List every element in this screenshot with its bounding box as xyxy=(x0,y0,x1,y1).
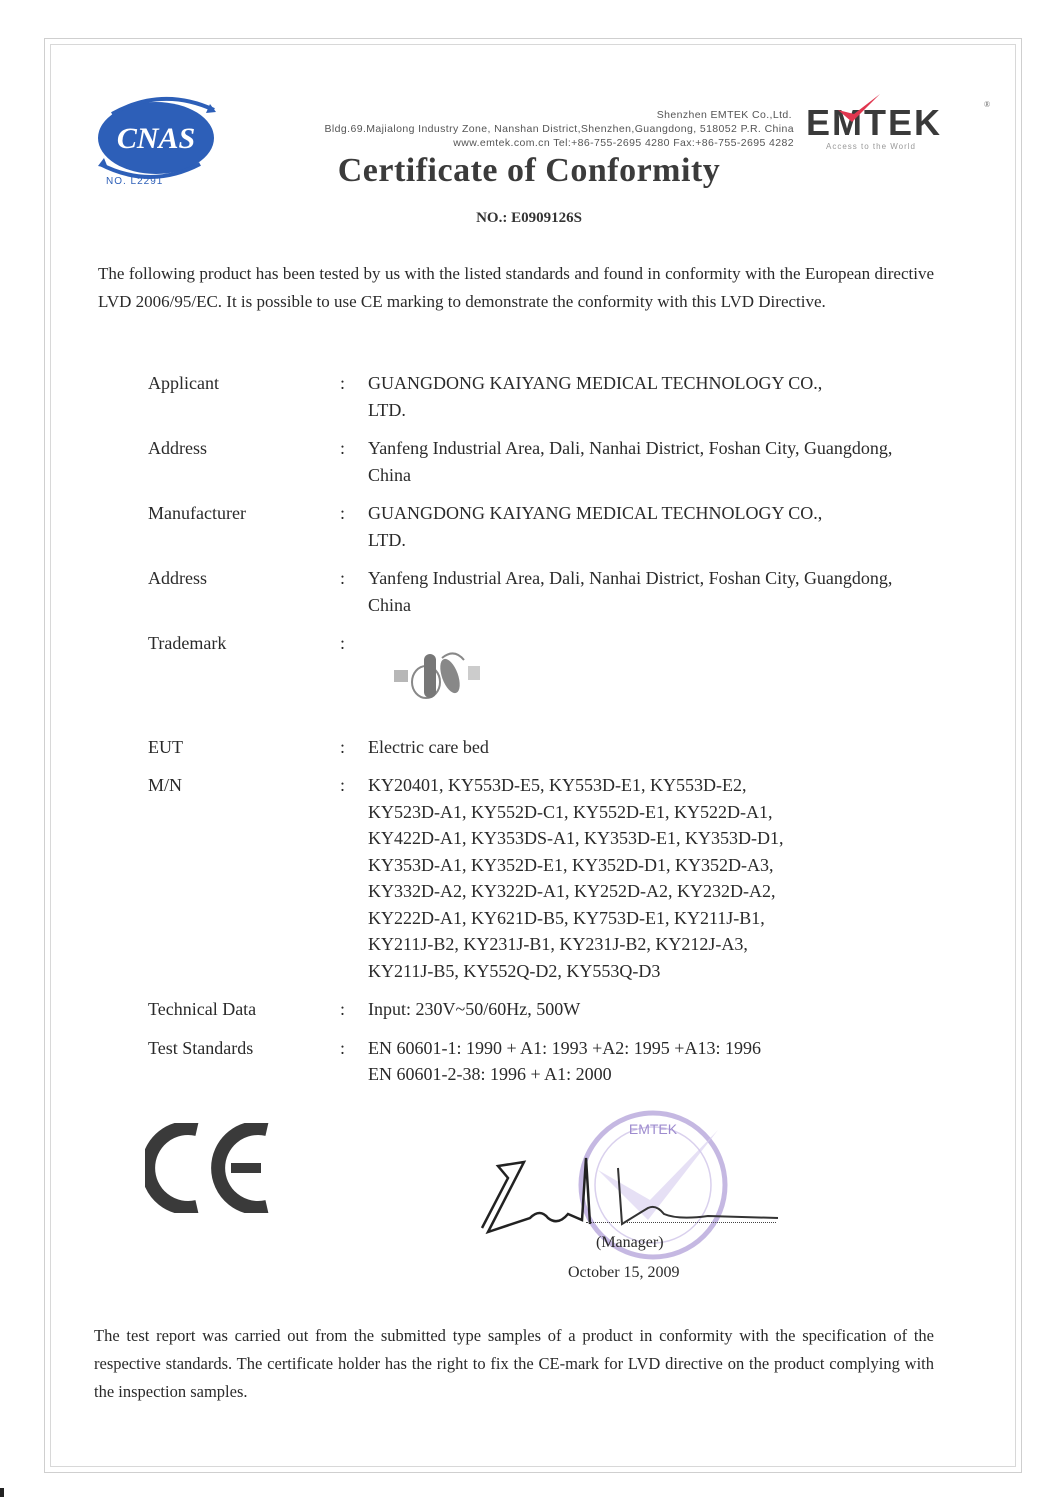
field-label: Trademark xyxy=(148,630,340,712)
model-number-line: KY332D-A2, KY322D-A1, KY252D-A2, KY232D-… xyxy=(368,878,908,905)
checkmark-icon xyxy=(834,92,884,126)
field-colon: : xyxy=(340,435,368,488)
field-value xyxy=(368,630,908,712)
signatory-role: (Manager) xyxy=(596,1234,664,1252)
field-colon: : xyxy=(340,500,368,553)
field-value: Yanfeng Industrial Area, Dali, Nanhai Di… xyxy=(368,435,908,488)
lab-contact: www.emtek.com.cn Tel:+86-755-2695 4280 F… xyxy=(325,136,794,150)
field-colon: : xyxy=(340,772,368,984)
field-label: Applicant xyxy=(148,370,340,423)
field-trademark: Trademark : xyxy=(148,630,908,712)
field-eut: EUT : Electric care bed xyxy=(148,734,908,761)
field-value: Yanfeng Industrial Area, Dali, Nanhai Di… xyxy=(368,565,908,618)
field-label: Technical Data xyxy=(148,996,340,1023)
model-number-line: KY20401, KY553D-E5, KY553D-E1, KY553D-E2… xyxy=(368,772,908,799)
field-label: Address xyxy=(148,435,340,488)
field-technical-data: Technical Data : Input: 230V~50/60Hz, 50… xyxy=(148,996,908,1023)
lab-address-block: Shenzhen EMTEK Co.,Ltd. Bldg.69.Majialon… xyxy=(325,108,794,150)
emtek-logo: EMTEK ® Access to the World xyxy=(806,92,996,158)
field-applicant-address: Address : Yanfeng Industrial Area, Dali,… xyxy=(148,435,908,488)
model-number-line: KY422D-A1, KY353DS-A1, KY353D-E1, KY353D… xyxy=(368,825,908,852)
field-value: Input: 230V~50/60Hz, 500W xyxy=(368,996,908,1023)
model-number-line: KY353D-A1, KY352D-E1, KY352D-D1, KY352D-… xyxy=(368,852,908,879)
field-label: Address xyxy=(148,565,340,618)
trademark-logo-icon xyxy=(384,648,494,704)
footer-paragraph: The test report was carried out from the… xyxy=(94,1322,934,1406)
field-colon: : xyxy=(340,370,368,423)
field-label: M/N xyxy=(148,772,340,984)
field-label: Test Standards xyxy=(148,1035,340,1088)
model-number-line: KY211J-B2, KY231J-B1, KY231J-B2, KY212J-… xyxy=(368,931,908,958)
certificate-number: NO.: E0909126S xyxy=(0,210,1058,227)
certificate-fields: Applicant : GUANGDONG KAIYANG MEDICAL TE… xyxy=(148,370,908,1088)
signature-date: October 15, 2009 xyxy=(568,1264,680,1282)
test-standard-line: EN 60601-1: 1990 + A1: 1993 +A2: 1995 +A… xyxy=(368,1035,908,1062)
field-manufacturer: Manufacturer : GUANGDONG KAIYANG MEDICAL… xyxy=(148,500,908,553)
field-applicant: Applicant : GUANGDONG KAIYANG MEDICAL TE… xyxy=(148,370,908,423)
field-value: Electric care bed xyxy=(368,734,908,761)
registered-mark: ® xyxy=(984,100,990,109)
lab-street-address: Bldg.69.Majialong Industry Zone, Nanshan… xyxy=(325,122,794,136)
field-value: GUANGDONG KAIYANG MEDICAL TECHNOLOGY CO.… xyxy=(368,370,908,423)
emtek-tagline: Access to the World xyxy=(826,142,916,151)
svg-text:EMTEK: EMTEK xyxy=(629,1121,678,1137)
page-title: Certificate of Conformity xyxy=(0,152,1058,190)
scan-artifact xyxy=(0,1488,4,1497)
field-manufacturer-address: Address : Yanfeng Industrial Area, Dali,… xyxy=(148,565,908,618)
intro-paragraph: The following product has been tested by… xyxy=(98,260,934,316)
field-colon: : xyxy=(340,565,368,618)
svg-text:CNAS: CNAS xyxy=(117,122,195,155)
signature-icon xyxy=(468,1148,788,1238)
field-colon: : xyxy=(340,996,368,1023)
field-colon: : xyxy=(340,1035,368,1088)
field-value: GUANGDONG KAIYANG MEDICAL TECHNOLOGY CO.… xyxy=(368,500,908,553)
field-test-standards: Test Standards : EN 60601-1: 1990 + A1: … xyxy=(148,1035,908,1088)
field-colon: : xyxy=(340,630,368,712)
lab-company-name: Shenzhen EMTEK Co.,Ltd. xyxy=(325,108,794,122)
field-colon: : xyxy=(340,734,368,761)
test-standard-line: EN 60601-2-38: 1996 + A1: 2000 xyxy=(368,1061,908,1088)
test-standards-list: EN 60601-1: 1990 + A1: 1993 +A2: 1995 +A… xyxy=(368,1035,908,1088)
model-number-line: KY523D-A1, KY552D-C1, KY552D-E1, KY522D-… xyxy=(368,799,908,826)
model-number-line: KY222D-A1, KY621D-B5, KY753D-E1, KY211J-… xyxy=(368,905,908,932)
model-number-line: KY211J-B5, KY552Q-D2, KY553Q-D3 xyxy=(368,958,908,985)
field-model-numbers: M/N : KY20401, KY553D-E5, KY553D-E1, KY5… xyxy=(148,772,908,984)
signature-line xyxy=(586,1222,776,1223)
ce-mark-icon xyxy=(145,1123,275,1213)
field-label: Manufacturer xyxy=(148,500,340,553)
model-number-list: KY20401, KY553D-E5, KY553D-E1, KY553D-E2… xyxy=(368,772,908,984)
field-label: EUT xyxy=(148,734,340,761)
